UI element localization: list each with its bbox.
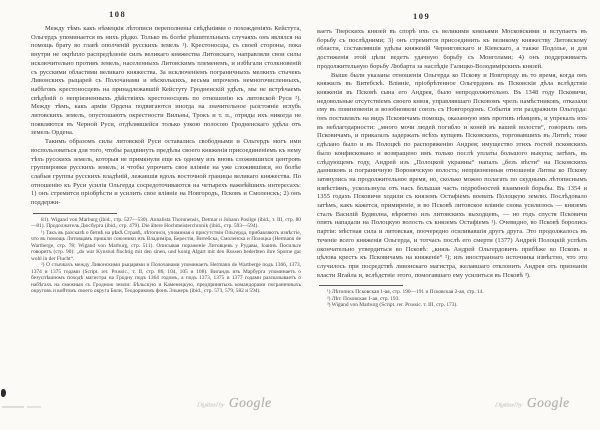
paragraph: Такимъ образомъ силы литовской Руси оста… — [31, 138, 301, 208]
google-watermark: Digitized by Google — [495, 394, 570, 412]
page-109: 109 ваетъ Тверскихъ князей въ спорѣ ихъ … — [317, 0, 587, 430]
watermark-prefix: Digitized by — [196, 402, 224, 409]
footnote: 81). Wigand von Marburg (ibid., стр. 527… — [31, 217, 301, 230]
google-watermark: Digitized by Google — [197, 394, 272, 412]
smudge-mark — [27, 406, 41, 408]
watermark-text: Google — [527, 395, 570, 410]
main-text: Между тѣмъ какъ нѣмецкія лѣтописи перепо… — [31, 25, 301, 208]
page-108: 108 Между тѣмъ какъ нѣмецкія лѣтописи пе… — [31, 0, 301, 430]
paragraph: ваетъ Тверскихъ князей въ спорѣ ихъ съ в… — [317, 28, 587, 72]
ink-blot-mark — [1, 389, 6, 397]
smudge-mark — [2, 406, 24, 408]
paragraph: Между тѣмъ какъ нѣмецкія лѣтописи перепо… — [31, 25, 301, 138]
watermark-text: Google — [229, 395, 272, 410]
footnotes: ¹) Лѣтопись Псковская 1-ая, стр. 190—191… — [317, 289, 587, 309]
page-number: 108 — [109, 9, 301, 19]
main-text: ваетъ Тверскихъ князей въ спорѣ ихъ съ в… — [317, 28, 587, 280]
footnote-separator — [319, 285, 403, 286]
page-number: 109 — [413, 11, 587, 21]
footnotes: 81). Wigand von Marburg (ibid., стр. 527… — [31, 217, 301, 295]
watermark-prefix: Digitized by — [494, 402, 522, 409]
footnote: ¹) Такъ въ разсказѣ о битвѣ на рѣкѣ Стра… — [31, 230, 301, 263]
footnote-separator — [33, 213, 117, 214]
paragraph: Выше были указаны отношенія Ольгерда ко … — [317, 72, 587, 281]
footnote: ³) Wigand von Marburg (Script. rer. Prus… — [317, 302, 587, 309]
footnote: ²) О стычкахъ между Ливонскими рыцарями … — [31, 262, 301, 295]
